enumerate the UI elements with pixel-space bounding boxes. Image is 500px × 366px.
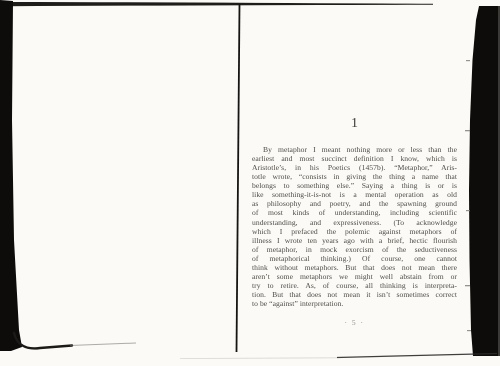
text-line: totle wrote, “consists in giving the thi… <box>252 172 457 181</box>
page-left-blank <box>0 0 239 366</box>
book-scan: 1 By metaphor I meant nothing more or le… <box>0 0 500 366</box>
text-line: tion. But that does not mean it isn’t so… <box>252 290 457 299</box>
text-line: earliest and most succinct definition I … <box>252 154 457 163</box>
text-line: as philosophy and poetry, and the spawni… <box>252 199 457 208</box>
page-number: · 5 · <box>252 318 457 327</box>
text-line: try to retire. As, of course, all thinki… <box>252 281 457 290</box>
body-paragraph: By metaphor I meant nothing more or less… <box>252 145 457 308</box>
text-line: illness I wrote ten years ago with a bri… <box>252 236 457 245</box>
text-line: of most kinds of understanding, includin… <box>252 208 457 217</box>
text-line: aren’t some metaphors we might well abst… <box>252 272 457 281</box>
chapter-number: 1 <box>252 116 457 132</box>
text-line: By metaphor I meant nothing more or less… <box>252 145 457 154</box>
text-line: of metaphor, in mock exorcism of the sed… <box>252 245 457 254</box>
text-line: think without metaphors. But that does n… <box>252 263 457 272</box>
text-line: belongs to something else.” Saying a thi… <box>252 181 457 190</box>
text-line: which I prefaced the polemic against met… <box>252 227 457 236</box>
text-line: Aristotle’s, in his Poetics (1457b). “Me… <box>252 163 457 172</box>
text-line: understanding, and expressiveness. (To a… <box>252 218 457 227</box>
page-right: 1 By metaphor I meant nothing more or le… <box>241 0 500 366</box>
text-line: of metaphorical thinking.) Of course, on… <box>252 254 457 263</box>
text-line: to be “against” interpretation. <box>252 299 457 308</box>
text-line: like something-it-is-not is a mental ope… <box>252 190 457 199</box>
